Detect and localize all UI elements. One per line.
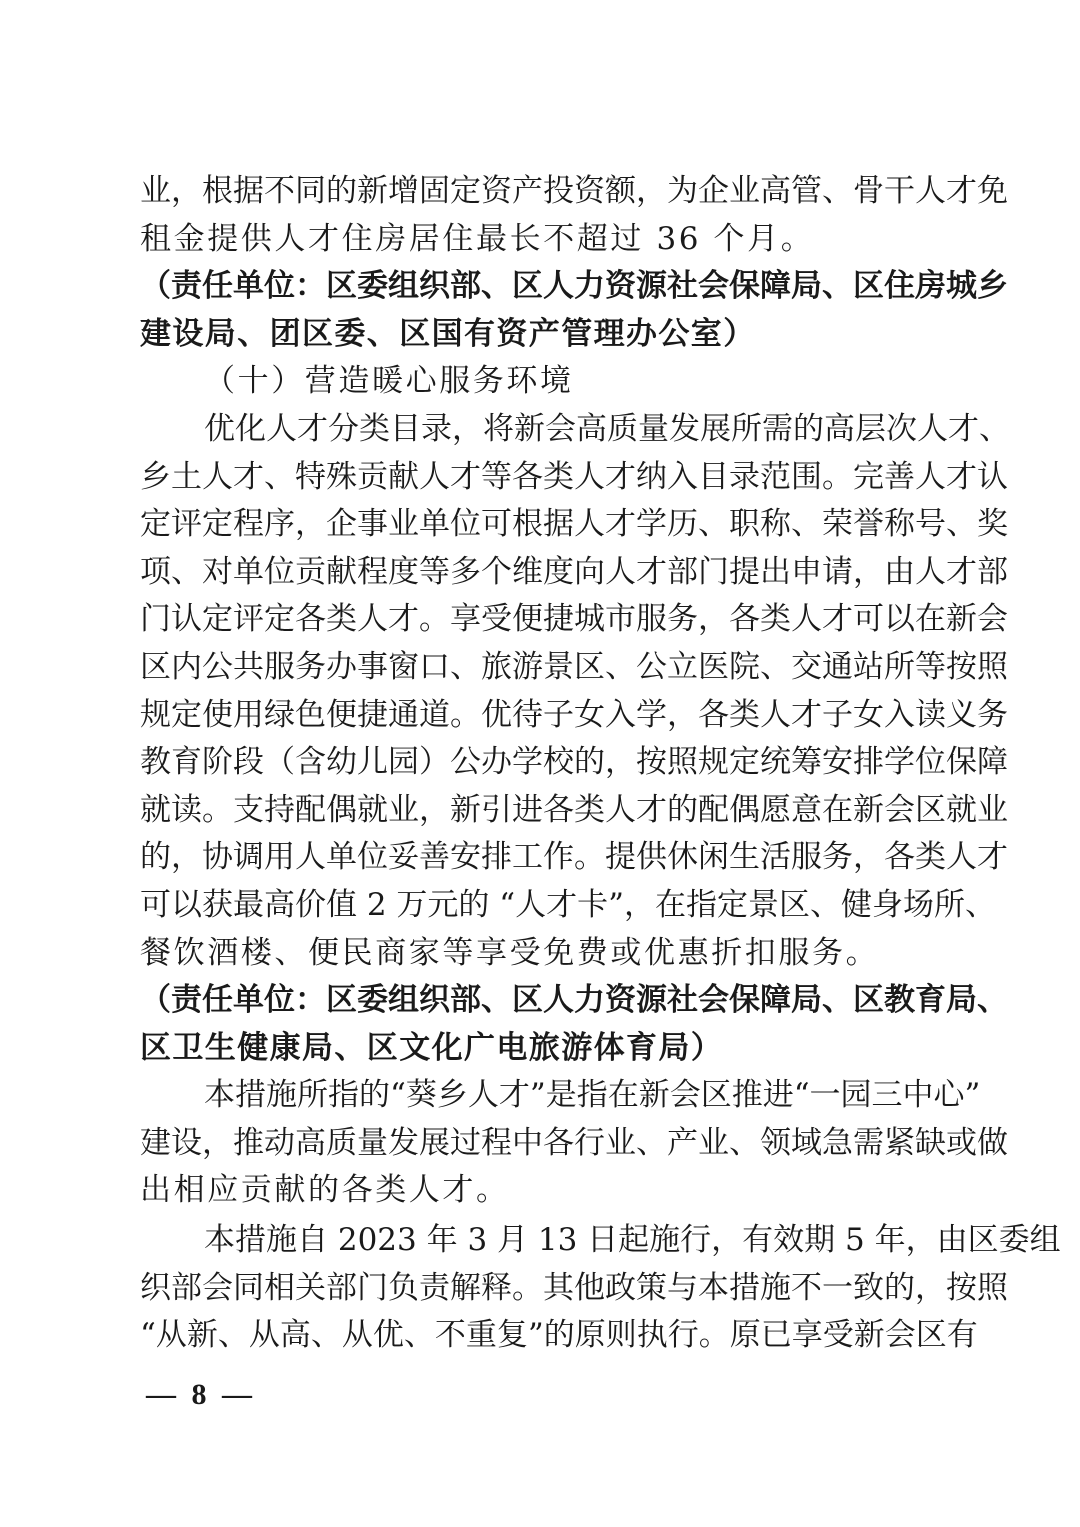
- text-line: （责任单位：区委组织部、区人力资源社会保障局、区住房城乡: [140, 263, 948, 311]
- text-line: 本措施所指的“葵乡人才”是指在新会区推进“一园三中心”: [140, 1072, 948, 1120]
- text-line: 门认定评定各类人才。享受便捷城市服务，各类人才可以在新会: [140, 596, 948, 644]
- text-line: 的，协调用人单位妥善安排工作。提供休闲生活服务，各类人才: [140, 834, 948, 882]
- responsibility-units-1: （责任单位：区委组织部、区人力资源社会保障局、区住房城乡 建设局、团区委、区国有…: [140, 263, 948, 358]
- document-page: 业，根据不同的新增固定资产投资额，为企业高管、骨干人才免 租金提供人才住房居住最…: [140, 168, 948, 1360]
- page-number: — 8 —: [146, 1378, 256, 1412]
- text-line: 出相应贡献的各类人才。: [140, 1167, 948, 1215]
- text-line: 教育阶段（含幼儿园）公办学校的，按照规定统筹安排学位保障: [140, 739, 948, 787]
- paragraph-service-environment: 优化人才分类目录，将新会高质量发展所需的高层次人才、 乡土人才、特殊贡献人才等各…: [140, 406, 948, 977]
- paragraph-talent-definition: 本措施所指的“葵乡人才”是指在新会区推进“一园三中心” 建设，推动高质量发展过程…: [140, 1072, 948, 1215]
- text-line: 餐饮酒楼、便民商家等享受免费或优惠折扣服务。: [140, 930, 948, 978]
- paragraph-housing-continuation: 业，根据不同的新增固定资产投资额，为企业高管、骨干人才免 租金提供人才住房居住最…: [140, 168, 948, 263]
- text-line: 业，根据不同的新增固定资产投资额，为企业高管、骨干人才免: [140, 168, 948, 216]
- text-line: 建设局、团区委、区国有资产管理办公室）: [140, 311, 948, 359]
- responsibility-units-2: （责任单位：区委组织部、区人力资源社会保障局、区教育局、 区卫生健康局、区文化广…: [140, 977, 948, 1072]
- text-line: 规定使用绿色便捷通道。优待子女入学，各类人才子女入读义务: [140, 692, 948, 740]
- text-line: 优化人才分类目录，将新会高质量发展所需的高层次人才、: [140, 406, 948, 454]
- text-line: 区卫生健康局、区文化广电旅游体育局）: [140, 1025, 948, 1073]
- section-heading: （十）营造暖心服务环境: [140, 358, 948, 406]
- text-line: 乡土人才、特殊贡献人才等各类人才纳入目录范围。完善人才认: [140, 454, 948, 502]
- text-line: 定评定程序，企事业单位可根据人才学历、职称、荣誉称号、奖: [140, 501, 948, 549]
- paragraph-effective-date: 本措施自 2023 年 3 月 13 日起施行，有效期 5 年，由区委组 织部会…: [140, 1217, 948, 1360]
- text-line: 就读。支持配偶就业，新引进各类人才的配偶愿意在新会区就业: [140, 787, 948, 835]
- text-line: “从新、从高、从优、不重复”的原则执行。原已享受新会区有: [140, 1312, 948, 1360]
- text-line: 本措施自 2023 年 3 月 13 日起施行，有效期 5 年，由区委组: [140, 1217, 948, 1265]
- text-line: （责任单位：区委组织部、区人力资源社会保障局、区教育局、: [140, 977, 948, 1025]
- text-line: 区内公共服务办事窗口、旅游景区、公立医院、交通站所等按照: [140, 644, 948, 692]
- text-line: 可以获最高价值 2 万元的 “人才卡”，在指定景区、健身场所、: [140, 882, 948, 930]
- text-line: 租金提供人才住房居住最长不超过 36 个月。: [140, 216, 948, 264]
- text-line: 织部会同相关部门负责解释。其他政策与本措施不一致的，按照: [140, 1265, 948, 1313]
- text-line: 建设，推动高质量发展过程中各行业、产业、领域急需紧缺或做: [140, 1120, 948, 1168]
- text-line: 项、对单位贡献程度等多个维度向人才部门提出申请，由人才部: [140, 549, 948, 597]
